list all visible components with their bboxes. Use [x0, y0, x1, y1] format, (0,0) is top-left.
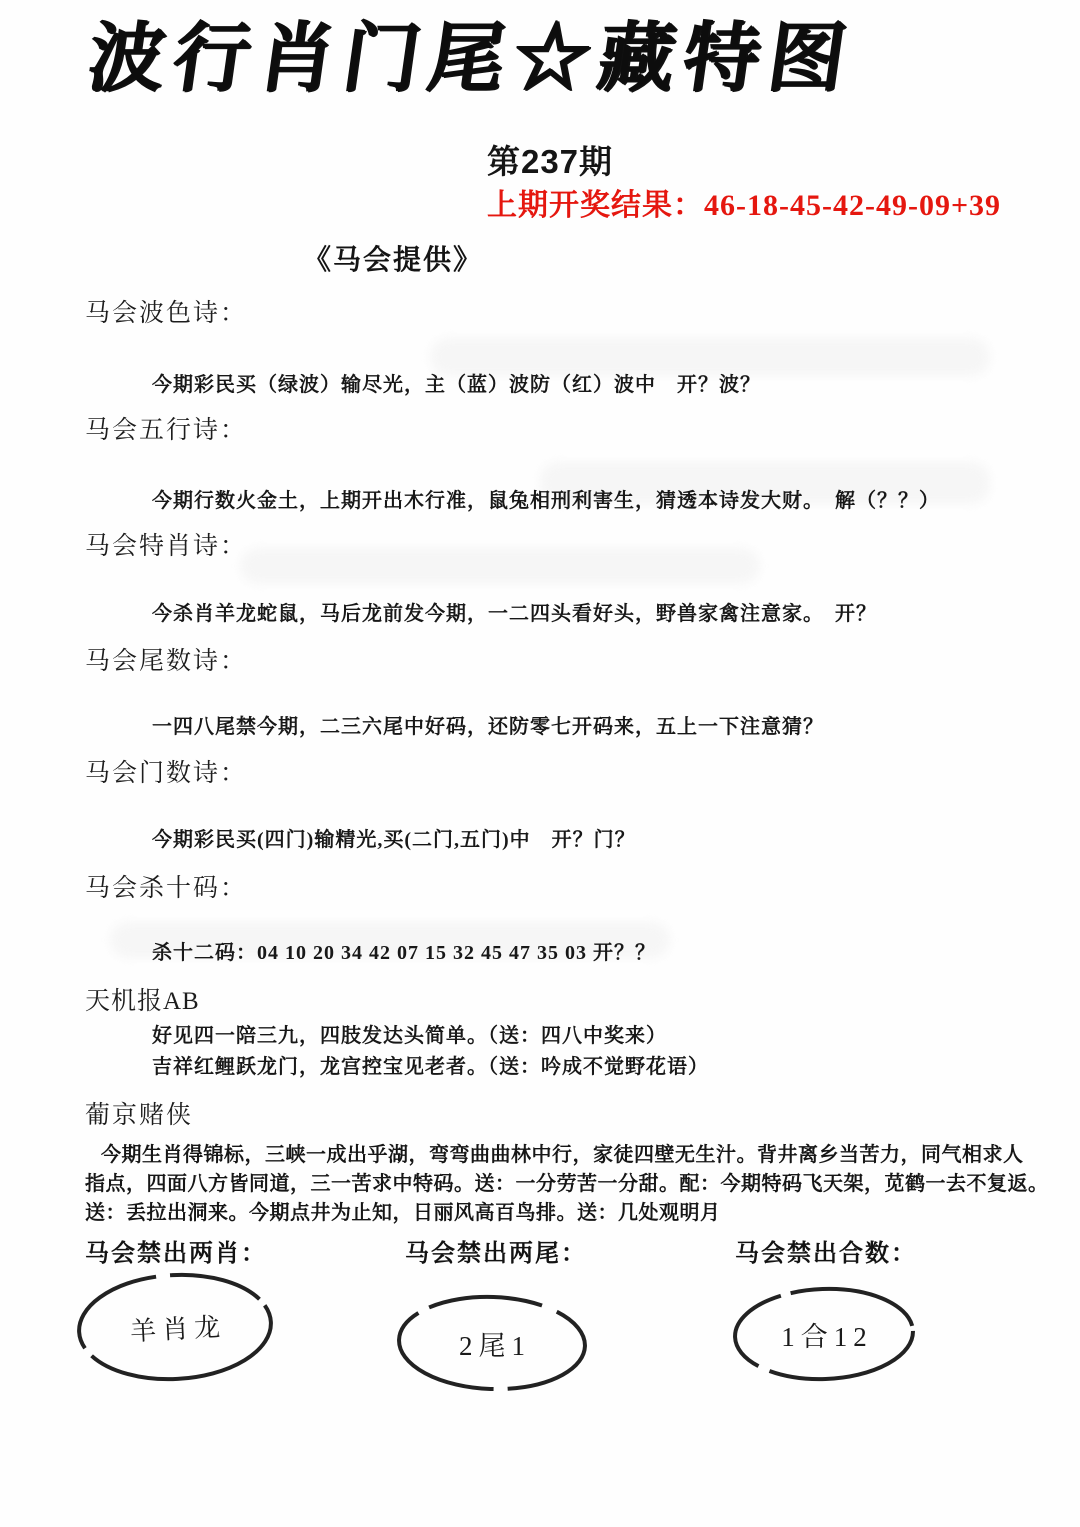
section-heading-special-zodiac-poem: 马会特肖诗：	[85, 526, 247, 562]
forbidden-two-tails-heading: 马会禁出两尾：	[405, 1233, 587, 1268]
section-heading-five-elements-poem: 马会五行诗：	[85, 410, 247, 446]
tianji-line: 好见四一陪三九，四肢发达头简单。（送：四八中奖来）	[152, 1019, 667, 1048]
poem-special-zodiac: 今杀肖羊龙蛇鼠，马后龙前发今期，一二四头看好头，野兽家禽注意家。 开？	[152, 597, 877, 626]
last-draw-result: 上期开奖结果：46-18-45-42-49-09+39	[487, 180, 1001, 224]
forbidden-two-zodiacs-circle: 羊肖龙	[73, 1270, 277, 1384]
poem-five-elements: 今期行数火金土，上期开出木行准，鼠兔相刑利害生，猜透本诗发大财。 解（？？）	[152, 484, 940, 513]
tianji-line: 吉祥红鲤跃龙门，龙宫控宝见老者。（送：吟成不觉野花语）	[152, 1050, 709, 1079]
provider-heading: 《马会提供》	[303, 238, 483, 278]
forbidden-two-tails-circle: 2尾1	[392, 1292, 592, 1394]
section-heading-kill-ten-codes: 马会杀十码：	[85, 868, 247, 904]
pujing-paragraph-line: 指点，四面八方皆同道，三一苦求中特码。送：一分劳苦一分甜。配：今期特码飞天架，苋…	[85, 1167, 1015, 1196]
lottery-tip-sheet: 波行肖门尾☆藏特图 第237期 上期开奖结果：46-18-45-42-49-09…	[0, 0, 1080, 1527]
pujing-paragraph-line: 送：丢拉出洞来。今期点井为止知，日丽风高百鸟排。送：几处观明月	[85, 1196, 1015, 1225]
section-heading-wave-color-poem: 马会波色诗：	[85, 293, 247, 329]
page-title: 波行肖门尾☆藏特图	[82, 18, 974, 102]
pujing-paragraph-line: 今期生肖得锦标，三峡一成出乎湖，弯弯曲曲林中行，家徒四壁无生汁。背井离乡当苦力，…	[85, 1138, 1031, 1167]
forbidden-two-zodiacs-value: 羊肖龙	[70, 1265, 280, 1390]
section-heading-gate-number-poem: 马会门数诗：	[85, 753, 247, 789]
section-heading-tianji-report: 天机报AB	[85, 981, 200, 1017]
forbidden-two-tails-value: 2尾1	[392, 1292, 592, 1394]
last-draw-result-numbers: 46-18-45-42-49-09+39	[704, 189, 1001, 222]
forbidden-sum-value: 1合12	[728, 1284, 920, 1384]
poem-tail-number: 一四八尾禁今期，二三六尾中好码，还防零七开码来，五上一下注意猜？	[152, 710, 824, 739]
poem-wave-color: 今期彩民买（绿波）输尽光，主（蓝）波防（红）波中 开？波？	[152, 368, 761, 397]
kill-twelve-codes-line: 杀十二码：04 10 20 34 42 07 15 32 45 47 35 03…	[152, 936, 656, 965]
issue-number: 第237期	[0, 136, 1080, 183]
forbidden-sum-heading: 马会禁出合数：	[735, 1233, 917, 1268]
poem-gate-number: 今期彩民买(四门)输精光,买(二门,五门)中 开？门？	[152, 823, 636, 852]
last-draw-result-label: 上期开奖结果：	[487, 189, 704, 222]
section-heading-tail-number-poem: 马会尾数诗：	[85, 641, 247, 677]
scan-smudge	[240, 548, 760, 584]
forbidden-sum-circle: 1合12	[728, 1284, 920, 1384]
forbidden-two-zodiacs-heading: 马会禁出两肖：	[85, 1233, 267, 1268]
section-heading-pujing-gambler: 葡京赌侠	[85, 1095, 193, 1131]
